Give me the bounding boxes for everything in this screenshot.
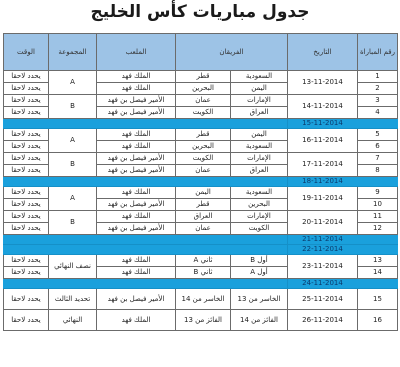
match-no: 12 bbox=[358, 223, 398, 235]
match-schedule-table: رقم المباراة التاريخ الفريقان الملعب الم… bbox=[3, 33, 398, 331]
table-row: 7 17-11-2014 الإمارات الكويت الأمير فيصل… bbox=[4, 153, 398, 165]
match-no: 13 bbox=[358, 255, 398, 267]
stadium: الأمير فيصل بن فهد bbox=[97, 107, 176, 119]
team2: الكويت bbox=[176, 153, 231, 165]
team1: البحرين bbox=[231, 199, 288, 211]
team1: العراق bbox=[231, 165, 288, 177]
time: يحدد لاحقا bbox=[4, 267, 49, 279]
table-header-row: رقم المباراة التاريخ الفريقان الملعب الم… bbox=[4, 34, 398, 71]
rest-day-row: 18-11-2014 bbox=[4, 177, 398, 187]
group: B bbox=[49, 211, 97, 235]
stadium: الأمير فيصل بن فهد bbox=[97, 165, 176, 177]
stadium: الملك فهد bbox=[97, 83, 176, 95]
team2: الفائز من 13 bbox=[176, 310, 231, 331]
header-date: التاريخ bbox=[288, 34, 358, 71]
time: يحدد لاحقا bbox=[4, 107, 49, 119]
time: يحدد لاحقا bbox=[4, 199, 49, 211]
team1: اليمن bbox=[231, 83, 288, 95]
stadium: الملك فهد bbox=[97, 141, 176, 153]
team1: السعودية bbox=[231, 71, 288, 83]
team2: ثاني A bbox=[176, 255, 231, 267]
stadium: الملك فهد bbox=[97, 129, 176, 141]
team1: السعودية bbox=[231, 187, 288, 199]
time: يحدد لاحقا bbox=[4, 223, 49, 235]
team1: الإمارات bbox=[231, 95, 288, 107]
table-row: 1 13-11-2014 السعودية قطر الملك فهد A يح… bbox=[4, 71, 398, 83]
header-group: المجموعة bbox=[49, 34, 97, 71]
match-date: 13-11-2014 bbox=[288, 71, 358, 95]
header-teams: الفريقان bbox=[176, 34, 288, 71]
time: يحدد لاحقا bbox=[4, 165, 49, 177]
match-no: 4 bbox=[358, 107, 398, 119]
group: النهائي bbox=[49, 310, 97, 331]
match-date: 26-11-2014 bbox=[288, 310, 358, 331]
stadium: الملك فهد bbox=[97, 211, 176, 223]
time: يحدد لاحقا bbox=[4, 83, 49, 95]
team2: قطر bbox=[176, 199, 231, 211]
stadium: الملك فهد bbox=[97, 187, 176, 199]
group: A bbox=[49, 187, 97, 211]
match-no: 1 bbox=[358, 71, 398, 83]
time: يحدد لاحقا bbox=[4, 129, 49, 141]
team1: اليمن bbox=[231, 129, 288, 141]
match-date: 25-11-2014 bbox=[288, 289, 358, 310]
team1: الكويت bbox=[231, 223, 288, 235]
table-row: 11 20-11-2014 الإمارات العراق الملك فهد … bbox=[4, 211, 398, 223]
table-row: 3 14-11-2014 الإمارات عمان الأمير فيصل ب… bbox=[4, 95, 398, 107]
team1: العراق bbox=[231, 107, 288, 119]
group: B bbox=[49, 153, 97, 177]
match-no: 16 bbox=[358, 310, 398, 331]
rest-day-row: 22-11-2014 bbox=[4, 245, 398, 255]
match-no: 14 bbox=[358, 267, 398, 279]
group: نصف النهائي bbox=[49, 255, 97, 279]
team2: الخاسر من 14 bbox=[176, 289, 231, 310]
header-time: الوقت bbox=[4, 34, 49, 71]
match-no: 3 bbox=[358, 95, 398, 107]
match-no: 6 bbox=[358, 141, 398, 153]
team1: الإمارات bbox=[231, 153, 288, 165]
match-date: 16-11-2014 bbox=[288, 129, 358, 153]
time: يحدد لاحقا bbox=[4, 289, 49, 310]
team1: الفائز من 14 bbox=[231, 310, 288, 331]
rest-day-date: 15-11-2014 bbox=[288, 119, 358, 129]
team2: العراق bbox=[176, 211, 231, 223]
stadium: الأمير فيصل بن فهد bbox=[97, 199, 176, 211]
match-no: 15 bbox=[358, 289, 398, 310]
time: يحدد لاحقا bbox=[4, 255, 49, 267]
team2: عمان bbox=[176, 223, 231, 235]
match-date: 17-11-2014 bbox=[288, 153, 358, 177]
time: يحدد لاحقا bbox=[4, 211, 49, 223]
stadium: الأمير فيصل بن فهد bbox=[97, 223, 176, 235]
time: يحدد لاحقا bbox=[4, 141, 49, 153]
match-date: 19-11-2014 bbox=[288, 187, 358, 211]
rest-day-row: 24-11-2014 bbox=[4, 279, 398, 289]
table-row: 9 19-11-2014 السعودية اليمن الملك فهد A … bbox=[4, 187, 398, 199]
header-stadium: الملعب bbox=[97, 34, 176, 71]
stadium: الأمير فيصل بن فهد bbox=[97, 153, 176, 165]
match-no: 2 bbox=[358, 83, 398, 95]
stadium: الملك فهد bbox=[97, 255, 176, 267]
stadium: الملك فهد bbox=[97, 71, 176, 83]
rest-day-date: 24-11-2014 bbox=[288, 279, 358, 289]
time: يحدد لاحقا bbox=[4, 95, 49, 107]
team1: السعودية bbox=[231, 141, 288, 153]
team2: الكويت bbox=[176, 107, 231, 119]
rest-day-row: 15-11-2014 bbox=[4, 119, 398, 129]
time: يحدد لاحقا bbox=[4, 187, 49, 199]
match-no: 11 bbox=[358, 211, 398, 223]
match-date: 23-11-2014 bbox=[288, 255, 358, 279]
match-no: 5 bbox=[358, 129, 398, 141]
rest-day-date: 22-11-2014 bbox=[288, 245, 358, 255]
time: يحدد لاحقا bbox=[4, 310, 49, 331]
team1: أول B bbox=[231, 255, 288, 267]
group: B bbox=[49, 95, 97, 119]
time: يحدد لاحقا bbox=[4, 71, 49, 83]
rest-day-date: 18-11-2014 bbox=[288, 177, 358, 187]
match-no: 7 bbox=[358, 153, 398, 165]
group: تحديد الثالث bbox=[49, 289, 97, 310]
match-date: 14-11-2014 bbox=[288, 95, 358, 119]
page-title: جدول مباريات كأس الخليج bbox=[0, 2, 400, 22]
stadium: الأمير فيصل بن فهد bbox=[97, 95, 176, 107]
time: يحدد لاحقا bbox=[4, 153, 49, 165]
match-no: 10 bbox=[358, 199, 398, 211]
team2: قطر bbox=[176, 71, 231, 83]
team2: اليمن bbox=[176, 187, 231, 199]
group: A bbox=[49, 129, 97, 153]
table-row: 15 25-11-2014 الخاسر من 13 الخاسر من 14 … bbox=[4, 289, 398, 310]
team1: الإمارات bbox=[231, 211, 288, 223]
table-row: 16 26-11-2014 الفائز من 14 الفائز من 13 … bbox=[4, 310, 398, 331]
team2: عمان bbox=[176, 95, 231, 107]
group: A bbox=[49, 71, 97, 95]
rest-day-row: 21-11-2014 bbox=[4, 235, 398, 245]
match-no: 8 bbox=[358, 165, 398, 177]
match-no: 9 bbox=[358, 187, 398, 199]
match-date: 20-11-2014 bbox=[288, 211, 358, 235]
header-match-no: رقم المباراة bbox=[358, 34, 398, 71]
stadium: الأمير فيصل بن فهد bbox=[97, 289, 176, 310]
table-row: 5 16-11-2014 اليمن قطر الملك فهد A يحدد … bbox=[4, 129, 398, 141]
table-row: 13 23-11-2014 أول B ثاني A الملك فهد نصف… bbox=[4, 255, 398, 267]
team2: عمان bbox=[176, 165, 231, 177]
team2: قطر bbox=[176, 129, 231, 141]
team1: أول A bbox=[231, 267, 288, 279]
team1: الخاسر من 13 bbox=[231, 289, 288, 310]
stadium: الملك فهد bbox=[97, 267, 176, 279]
rest-day-date: 21-11-2014 bbox=[288, 235, 358, 245]
stadium: الملك فهد bbox=[97, 310, 176, 331]
team2: البحرين bbox=[176, 141, 231, 153]
team2: ثاني B bbox=[176, 267, 231, 279]
team2: البحرين bbox=[176, 83, 231, 95]
